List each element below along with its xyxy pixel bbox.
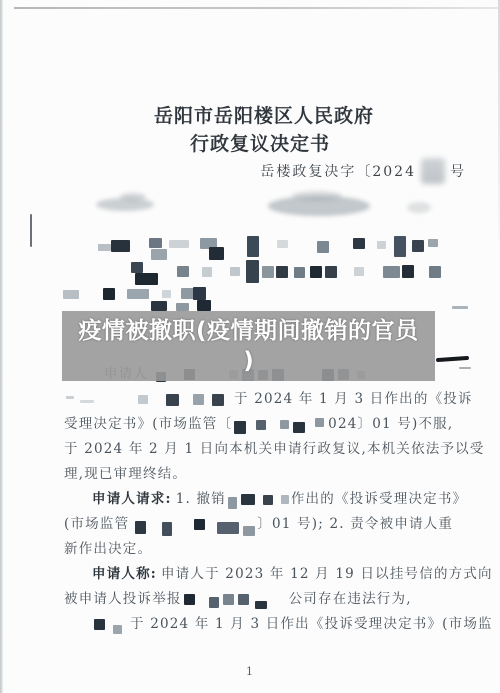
- body-line: 被申请人投诉举报公司存在违法行为,: [64, 587, 476, 612]
- redaction-block: [428, 239, 438, 247]
- redaction-block: [135, 273, 158, 285]
- redaction-block: [103, 288, 115, 300]
- document-number-suffix: 号: [450, 161, 466, 181]
- document-number-redaction: [421, 158, 445, 184]
- document-title-line2: 行政复议决定书: [10, 129, 500, 156]
- spacing-gap: [269, 599, 289, 600]
- redaction-block: [94, 619, 105, 630]
- redaction-block: [176, 303, 189, 311]
- body-text-segment: 于 2024 年 2 月 1 日向本机关申请行政复议,本机关依法予以受: [64, 441, 485, 457]
- scan-edge-left: [0, 0, 3, 693]
- redaction-block: [63, 290, 79, 299]
- body-text-segment: 受理决定书》(市场监管〔: [64, 416, 232, 432]
- ink-smudge: [120, 193, 146, 201]
- redaction-block: [151, 249, 167, 260]
- ink-smudge: [407, 202, 431, 213]
- body-line: 新作出决定。: [64, 537, 476, 562]
- redaction-block: [193, 394, 204, 405]
- redaction-block: [315, 418, 324, 427]
- redaction-block: [131, 262, 143, 273]
- spacing-gap: [197, 599, 207, 600]
- redaction-block: [162, 522, 172, 536]
- redaction-block: [452, 306, 468, 309]
- redaction-block: [127, 289, 149, 299]
- redaction-block: [238, 594, 249, 605]
- body-text-segment: 申请人称:: [92, 566, 157, 582]
- body-line: 于 2024 年 1 月 3 日作出的《投诉: [64, 387, 476, 412]
- watermark-text-line1: 疫情被撤职(疫情期间撤销的官员: [62, 316, 435, 346]
- redaction-block: [293, 422, 305, 433]
- redaction-block: [212, 394, 224, 406]
- page-number: 1: [0, 665, 500, 678]
- redaction-block: [177, 266, 189, 277]
- redaction-block: [202, 267, 212, 277]
- redaction-block: [135, 521, 146, 534]
- redaction-block: [209, 597, 219, 608]
- redaction-block: [162, 290, 171, 298]
- redaction-block: [354, 267, 364, 276]
- redaction-block: [377, 241, 386, 249]
- spacing-gap: [206, 399, 210, 400]
- redaction-block: [247, 236, 259, 257]
- body-text-segment: 申请人请求:: [92, 491, 172, 507]
- redaction-block: [281, 495, 289, 504]
- spacing-gap: [148, 524, 160, 525]
- document-title-line1: 岳阳市岳阳楼区人民政府: [14, 101, 500, 128]
- body-text-segment: 新作出决定。: [64, 541, 152, 557]
- redaction-block: [246, 260, 259, 283]
- watermark-banner: 疫情被撤职(疫情期间撤销的官员 ): [62, 311, 435, 381]
- redaction-block: [276, 266, 288, 278]
- scanned-document: 岳阳市岳阳楼区人民政府 行政复议决定书 岳楼政复决字〔2024 号 申请人于 2…: [0, 0, 500, 693]
- spacing-gap: [275, 499, 279, 500]
- spacing-gap: [251, 599, 253, 600]
- spacing-gap: [181, 399, 191, 400]
- redaction-block: [277, 240, 288, 248]
- body-line: (市场监管〕01 号); 2. 责令被申请人重: [64, 512, 476, 537]
- pen-mark: [459, 367, 471, 369]
- redaction-block: [230, 267, 240, 276]
- redaction-block: [412, 240, 424, 252]
- document-number: 岳楼政复决字〔2024 号: [260, 158, 466, 184]
- redaction-block: [209, 247, 224, 260]
- spacing-gap: [76, 399, 78, 400]
- redaction-block: [255, 601, 267, 609]
- body-line: 受理决定书》(市场监管〔024〕01 号)不服,: [64, 412, 476, 437]
- spacing-gap: [307, 424, 313, 425]
- redaction-block: [256, 420, 266, 430]
- redaction-block: [402, 265, 414, 278]
- redaction-block: [149, 238, 162, 248]
- body-text-segment: 公司存在违法行为,: [289, 591, 412, 607]
- body-line: 于 2024 年 2 月 1 日向本机关申请行政复议,本机关依法予以受: [64, 437, 476, 462]
- redaction-block: [80, 400, 94, 403]
- redaction-block: [262, 266, 274, 278]
- redaction-block: [310, 266, 322, 278]
- body-text-segment: 理,现已审理终结。: [64, 466, 187, 482]
- redaction-block: [98, 244, 111, 251]
- redaction-block: [113, 625, 122, 634]
- redaction-block: [184, 594, 195, 605]
- scan-edge-top: [14, 7, 500, 9]
- spacing-gap: [257, 499, 261, 500]
- spacing-gap: [107, 624, 111, 625]
- body-text-segment: 于 2024 年 1 月 3 日作出《投诉受理决定书》(市场监: [130, 616, 493, 632]
- body-text-segment: (市场监管: [64, 516, 129, 532]
- redaction-block: [394, 236, 406, 257]
- body-text-segment: 1. 撤销: [176, 491, 226, 507]
- body-text-segment: 申请人于 2023 年 12 月 19 日以挂号信的方式向: [161, 566, 493, 582]
- body-text-segment: 024〕01 号)不服,: [328, 416, 453, 432]
- spacing-gap: [207, 524, 215, 525]
- ink-smudge: [292, 191, 342, 201]
- spacing-gap: [268, 424, 278, 425]
- spacing-gap: [226, 399, 234, 400]
- redaction-block: [66, 396, 74, 399]
- document-body: 申请人于 2024 年 1 月 3 日作出的《投诉受理决定书》(市场监管〔024…: [64, 362, 476, 637]
- redaction-block: [193, 287, 206, 300]
- redaction-block: [294, 267, 305, 278]
- body-line: 理,现已审理终结。: [64, 462, 476, 487]
- spacing-gap: [129, 524, 133, 525]
- redaction-block: [111, 240, 130, 252]
- redaction-block: [429, 266, 441, 278]
- redaction-block: [197, 300, 211, 311]
- redaction-block: [280, 420, 289, 429]
- redaction-block: [241, 494, 255, 505]
- redaction-block: [228, 497, 237, 509]
- body-text-segment: 于 2024 年 1 月 3 日作出的《投诉: [234, 391, 473, 407]
- redaction-block: [217, 522, 239, 534]
- redaction-block: [169, 240, 189, 248]
- redaction-block: [317, 241, 329, 253]
- redaction-block: [243, 526, 255, 536]
- redaction-block: [234, 421, 246, 434]
- spacing-gap: [248, 424, 254, 425]
- body-line: 于 2024 年 1 月 3 日作出《投诉受理决定书》(市场监: [64, 612, 476, 637]
- body-line: 申请人称:申请人于 2023 年 12 月 19 日以挂号信的方式向: [64, 562, 476, 587]
- redaction-block: [223, 594, 234, 605]
- redaction-block: [194, 519, 205, 530]
- body-text-segment: 〕01 号); 2. 责令被申请人重: [257, 516, 453, 532]
- spacing-gap: [174, 524, 192, 525]
- document-number-prefix: 岳楼政复决字〔2024: [260, 161, 416, 181]
- redaction-block: [138, 395, 148, 404]
- redaction-block: [151, 301, 167, 311]
- redaction-block: [325, 266, 337, 278]
- spacing-gap: [150, 399, 164, 400]
- redaction-block: [263, 495, 273, 505]
- watermark-text-line2: ): [62, 346, 435, 376]
- spacing-gap: [96, 399, 136, 400]
- body-text-segment: 作出的《投诉受理决定书》: [291, 491, 467, 507]
- body-text-segment: 被申请人投诉举报: [64, 591, 182, 607]
- pen-mark: [30, 214, 32, 247]
- redaction-block: [353, 238, 365, 249]
- body-line: 申请人请求:1. 撤销作出的《投诉受理决定书》: [64, 487, 476, 512]
- redaction-block: [166, 394, 179, 406]
- redaction-block: [383, 266, 400, 278]
